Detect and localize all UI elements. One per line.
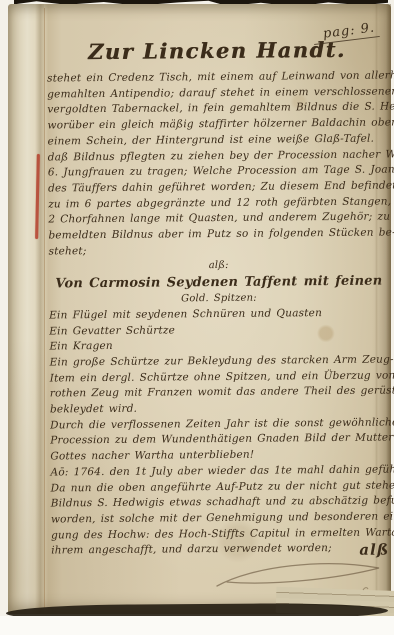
flourish-line xyxy=(213,556,385,596)
gutter-crease xyxy=(35,4,44,614)
page-title: Zur Lincken Handt. xyxy=(47,37,387,65)
scan-background xyxy=(0,616,394,635)
manuscript-text: Zur Lincken Handt. stehet ein Credenz Ti… xyxy=(47,37,392,560)
manuscript-page: pag: 9. Zur Lincken Handt. stehet ein Cr… xyxy=(8,4,391,614)
manuscript-lines: stehet ein Credenz Tisch, mit einem auf … xyxy=(47,69,391,560)
margin-rule-line xyxy=(44,8,45,608)
manuscript-scan: pag: 9. Zur Lincken Handt. stehet ein Cr… xyxy=(0,0,394,635)
